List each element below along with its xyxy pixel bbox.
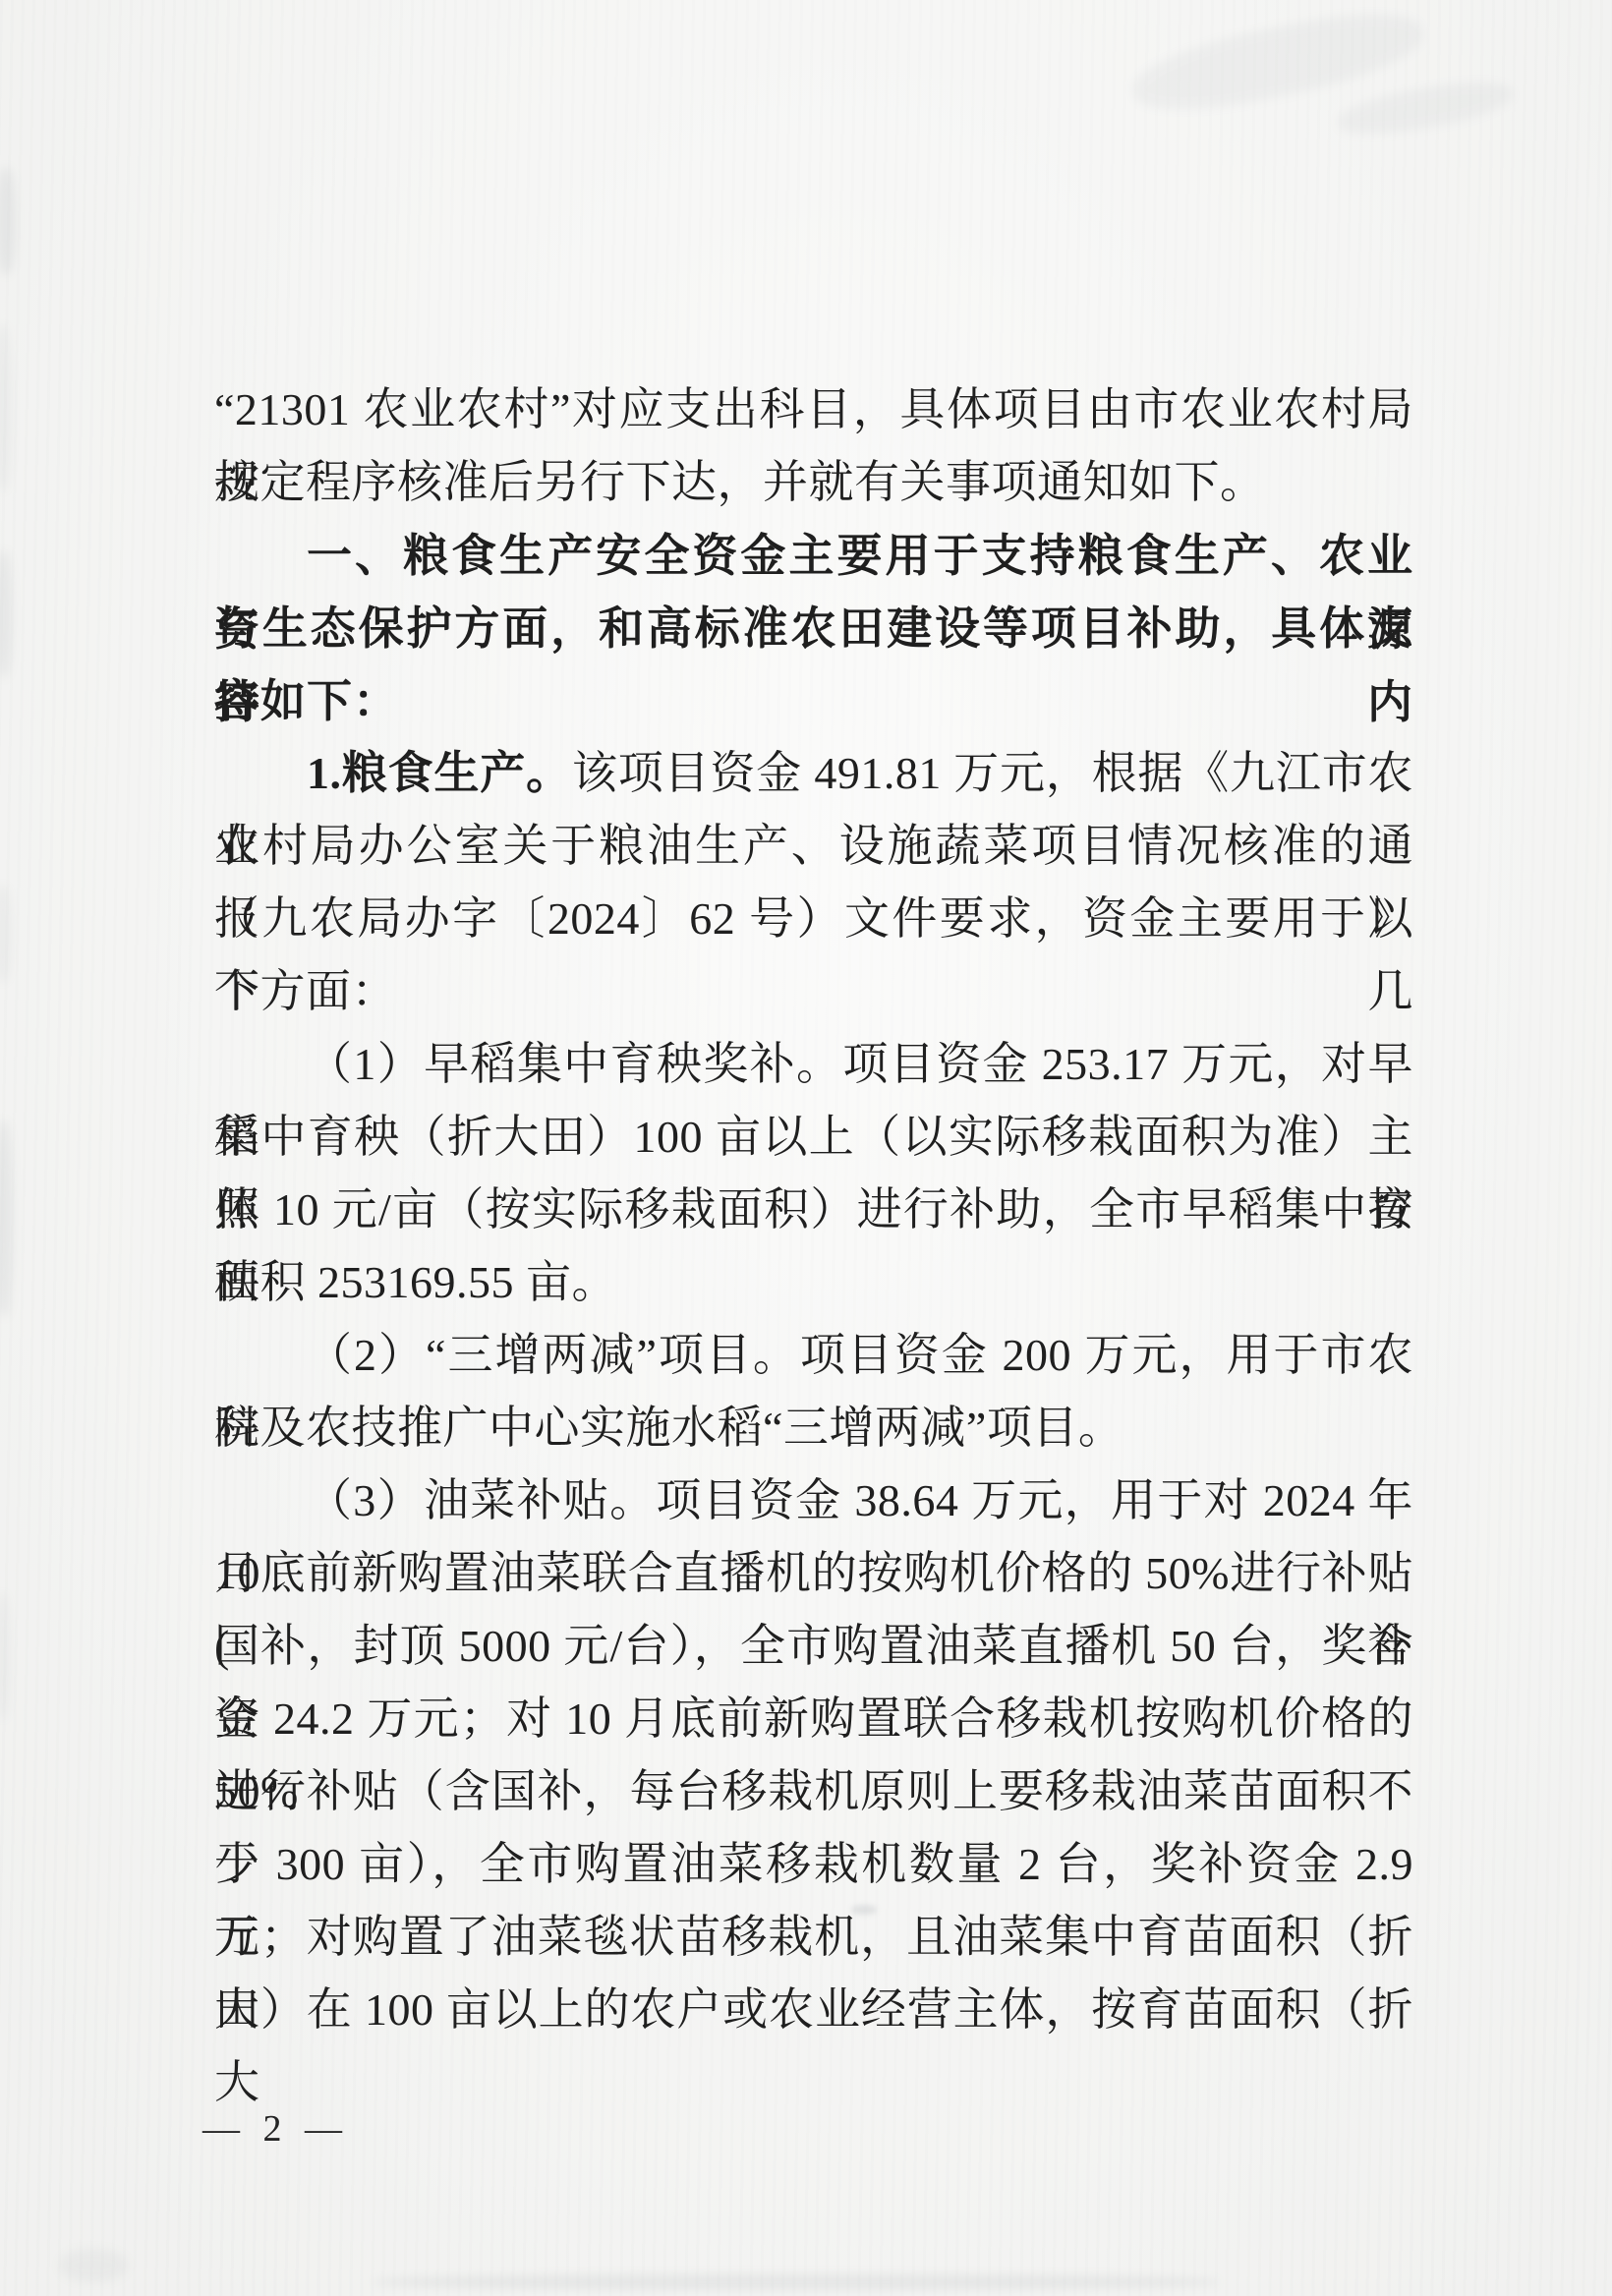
text-segment: 规定程序核准后另行下达，并就有关事项通知如下。 xyxy=(214,457,1266,507)
text-line: 一、粮食生产安全资金主要用于支持粮食生产、农业资源 xyxy=(214,519,1413,592)
text-line: 进行补贴（含国补，每台移栽机原则上要移栽油菜苗面积不少 xyxy=(214,1755,1413,1828)
scan-smudge xyxy=(0,885,12,983)
text-line: 与生态保护方面，和高标准农田建设等项目补助，具体支持内 xyxy=(214,592,1413,664)
text-line: 元；对购置了油菜毯状苗移栽机，且油菜集中育苗面积（折大 xyxy=(214,1901,1413,1974)
text-line: （3）油菜补贴。项目资金 38.64 万元，用于对 2024 年 10 xyxy=(214,1464,1413,1537)
text-line: 面积 253169.55 亩。 xyxy=(214,1246,1413,1319)
scan-smudge xyxy=(0,1120,13,1317)
text-segment: 田）在 100 亩以上的农户或农业经营主体，按育苗面积（折大 xyxy=(214,1984,1413,2107)
text-line: （九农局办字〔2024〕62 号）文件要求，资金主要用于以下几 xyxy=(214,883,1413,955)
text-line: 月底前新购置油菜联合直播机的按购机价格的 50%进行补贴(含 xyxy=(214,1537,1413,1610)
text-line: （2）“三增两减”项目。项目资金 200 万元，用于市农科 xyxy=(214,1319,1413,1392)
text-segment: 院及农技推广中心实施水稻“三增两减”项目。 xyxy=(214,1403,1123,1453)
text-line: 国补，封顶 5000 元/台），全市购置油菜直播机 50 台，奖补资 xyxy=(214,1610,1413,1683)
scan-smudge xyxy=(374,2274,1219,2290)
text-line: 集中育秧（折大田）100 亩以上（以实际移栽面积为准）主体按 xyxy=(214,1101,1413,1174)
document-body: “21301 农业农村”对应支出科目，具体项目由市农业农村局按规定程序核准后另行… xyxy=(214,373,1413,2046)
scan-smudge xyxy=(1126,0,1429,126)
scan-smudge xyxy=(0,550,12,678)
text-line: 于 300 亩），全市购置油菜移栽机数量 2 台，奖补资金 2.9 万 xyxy=(214,1828,1413,1901)
text-segment-bold: 容如下： xyxy=(214,675,399,726)
text-line: 规定程序核准后另行下达，并就有关事项通知如下。 xyxy=(214,446,1413,519)
scan-smudge xyxy=(0,324,12,491)
scan-smudge xyxy=(0,167,16,275)
text-line: 1.粮食生产。该项目资金 491.81 万元，根据《九江市农业 xyxy=(214,737,1413,810)
scan-smudge xyxy=(1335,74,1516,143)
text-line: 金 24.2 万元；对 10 月底前新购置联合移栽机按购机价格的 50% xyxy=(214,1683,1413,1755)
text-segment: 面积 253169.55 亩。 xyxy=(214,1257,617,1307)
scan-smudge xyxy=(0,1592,10,1720)
text-segment-bold: 1.粮食生产。 xyxy=(307,748,572,798)
scan-smudge xyxy=(59,2249,128,2282)
page-number: — 2 — xyxy=(202,2107,349,2151)
text-line: 田）在 100 亩以上的农户或农业经营主体，按育苗面积（折大 xyxy=(214,1974,1413,2046)
scanned-page: “21301 农业农村”对应支出科目，具体项目由市农业农村局按规定程序核准后另行… xyxy=(0,0,1612,2296)
text-line: 照 10 元/亩（按实际移栽面积）进行补助，全市早稻集中育秧 xyxy=(214,1174,1413,1246)
text-segment: 个方面： xyxy=(214,966,397,1016)
text-line: 院及农技推广中心实施水稻“三增两减”项目。 xyxy=(214,1392,1413,1464)
text-line: 农村局办公室关于粮油生产、设施蔬菜项目情况核准的通报》 xyxy=(214,810,1413,883)
text-line: （1）早稻集中育秧奖补。项目资金 253.17 万元，对早稻 xyxy=(214,1028,1413,1101)
text-line: “21301 农业农村”对应支出科目，具体项目由市农业农村局按 xyxy=(214,373,1413,446)
